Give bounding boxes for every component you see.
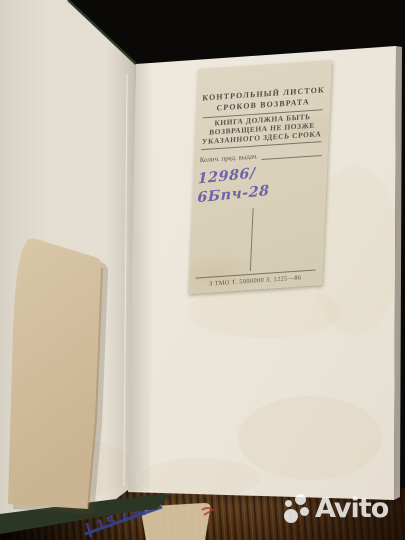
pocket-card xyxy=(8,239,108,515)
avito-logo-icon xyxy=(284,493,312,523)
library-slip: КОНТРОЛЬНЫЙ ЛИСТОК СРОКОВ ВОЗВРАТА КНИГА… xyxy=(188,60,332,294)
page-stain xyxy=(187,286,343,338)
watermark-text: Avito xyxy=(315,495,388,522)
slip-header: КОНТРОЛЬНЫЙ ЛИСТОК СРОКОВ ВОЗВРАТА xyxy=(196,60,332,115)
page-stain xyxy=(238,396,382,480)
book-photo: 15 СМ КОНТРОЛЬНЫЙ ЛИСТОК СРОКОВ ВОЗВРАТА xyxy=(0,0,405,540)
slip-count-label: Колич. пред. выдач. xyxy=(200,153,259,166)
table-divider xyxy=(250,208,254,271)
page-stain xyxy=(140,458,260,498)
slip-return-table xyxy=(189,197,326,275)
avito-watermark: Avito xyxy=(284,493,388,523)
